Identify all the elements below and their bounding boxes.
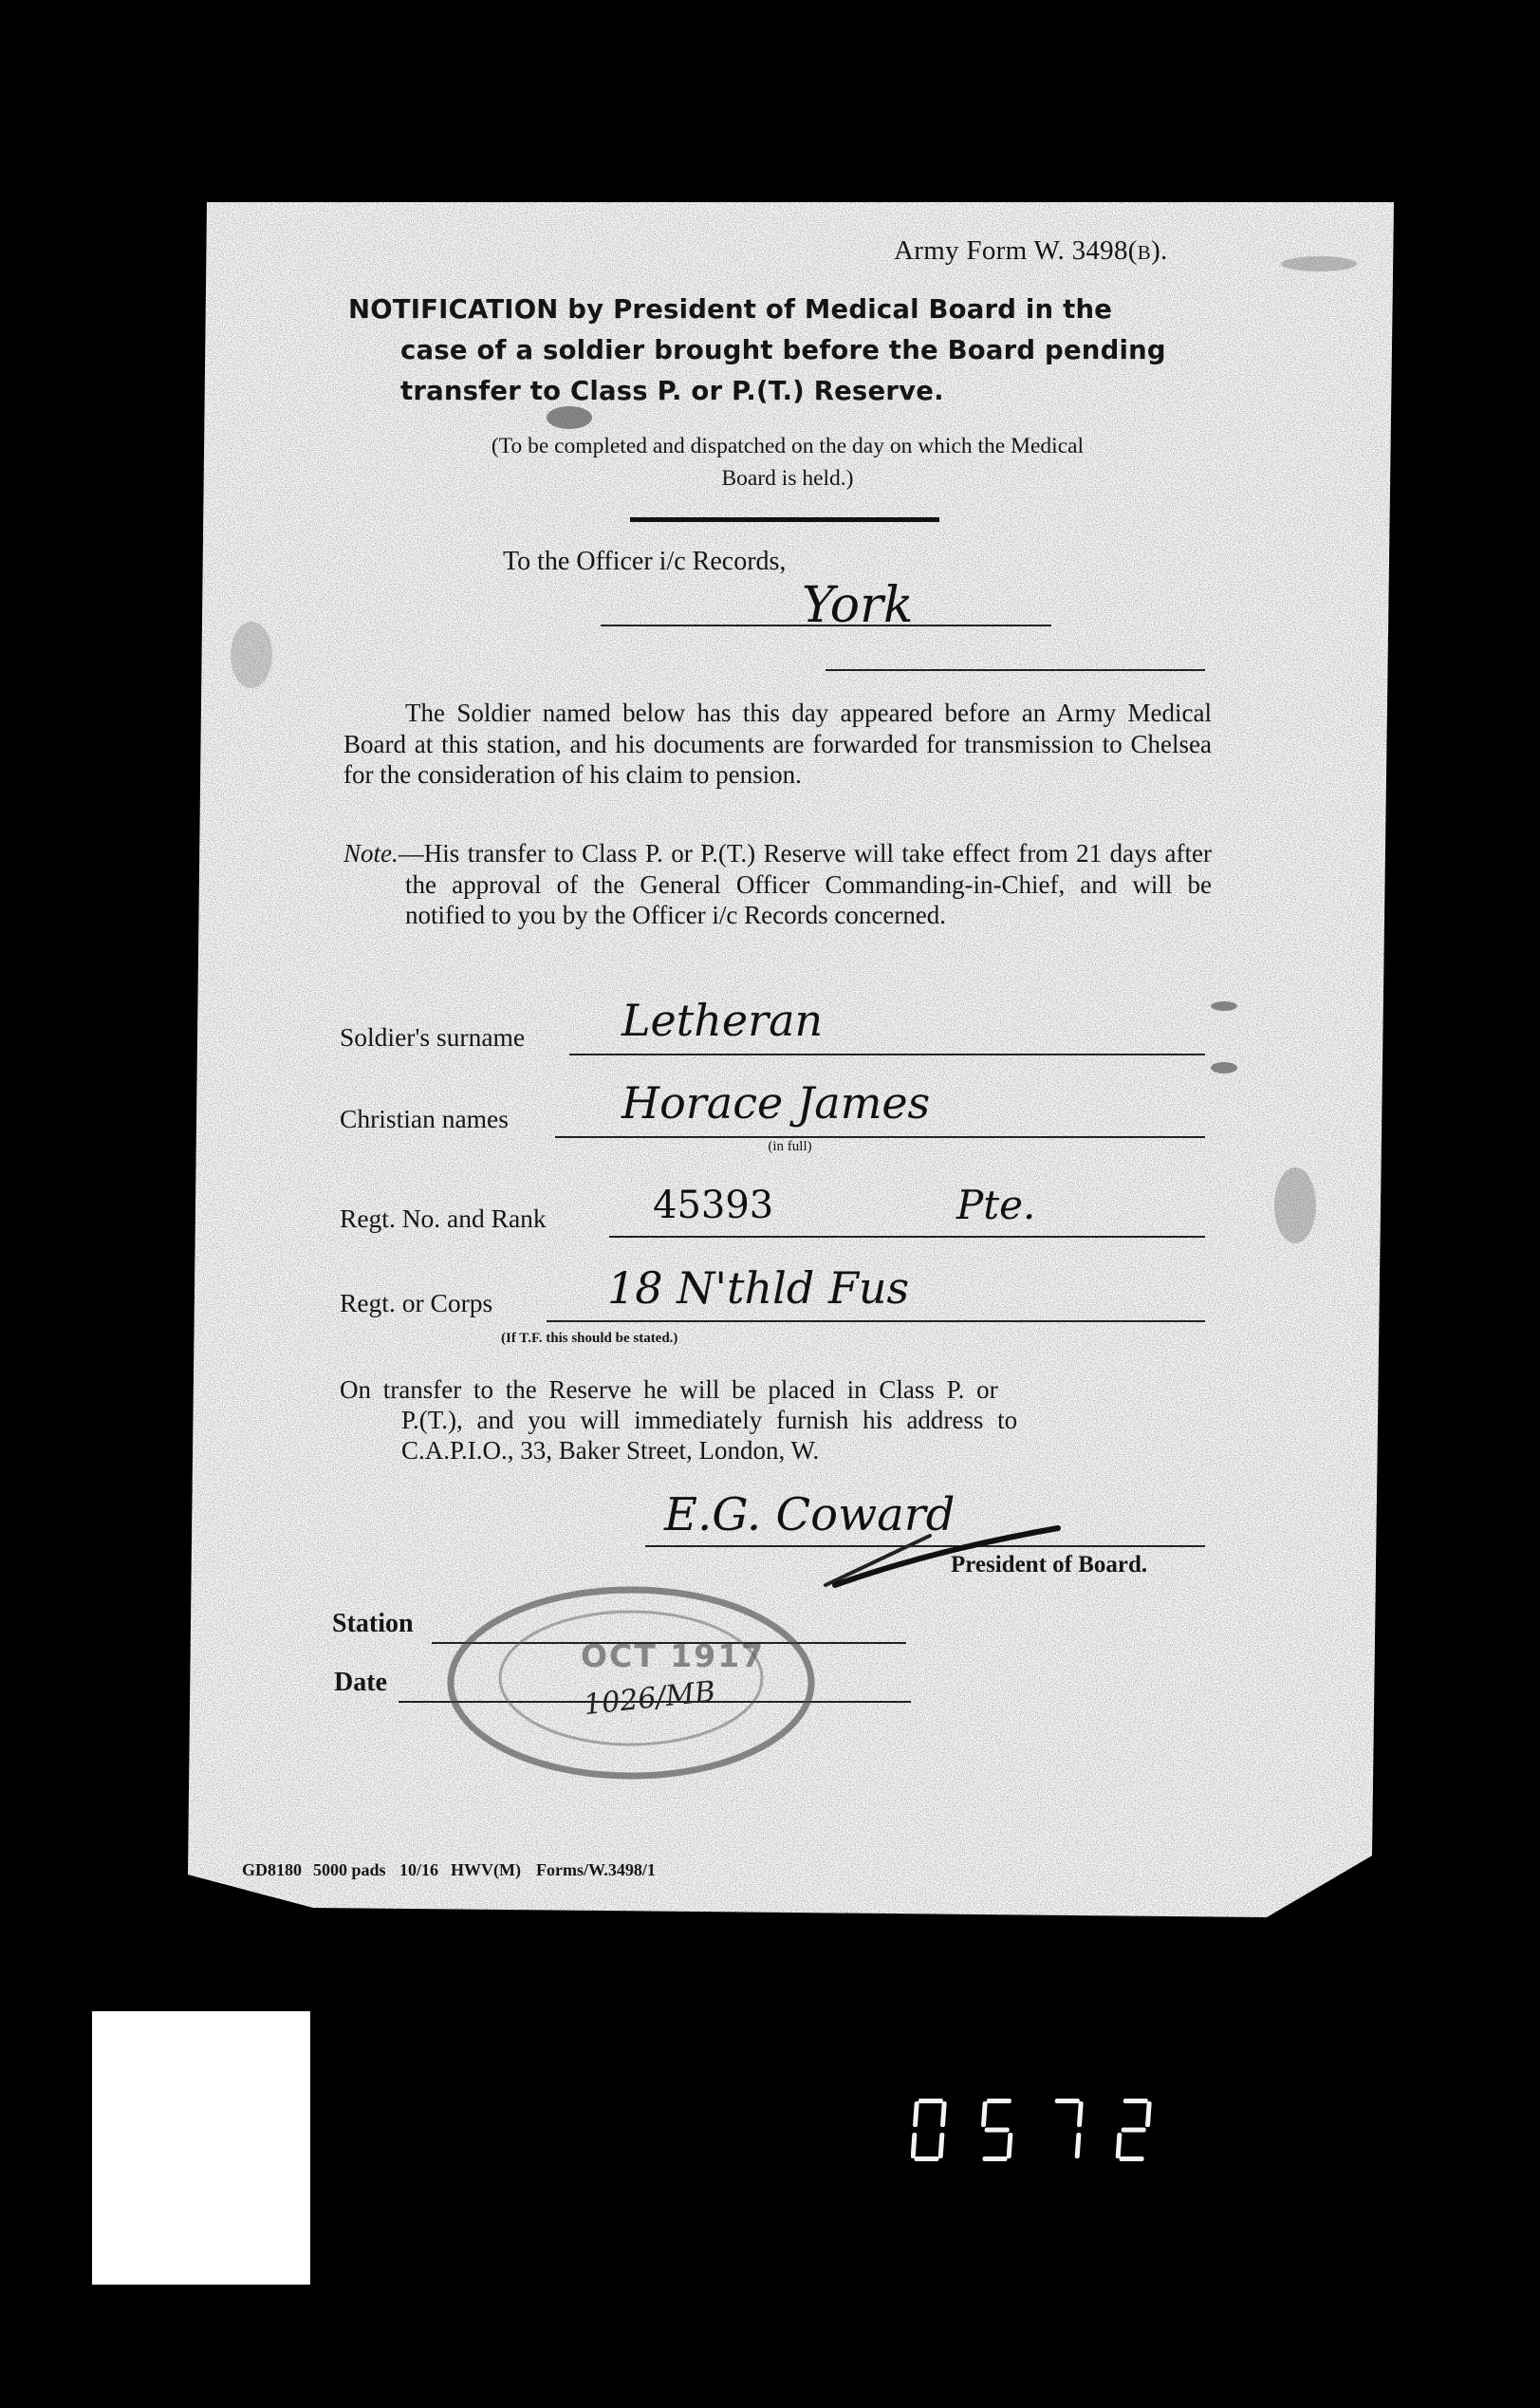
regt-corps-value: 18 N'thld Fus bbox=[607, 1262, 909, 1314]
regt-no-rank-label: Regt. No. and Rank bbox=[340, 1204, 547, 1234]
regt-corps-line bbox=[547, 1320, 1205, 1322]
dispatch-instructions: (To be completed and dispatched on the d… bbox=[389, 430, 1186, 495]
surname-label: Soldier's surname bbox=[340, 1022, 525, 1053]
addressee-handwritten: York bbox=[802, 577, 913, 634]
frame-counter bbox=[911, 2093, 1186, 2174]
surname-line bbox=[569, 1054, 1205, 1055]
tf-hint: (If T.F. this should be stated.) bbox=[501, 1331, 677, 1347]
note-paragraph: Note.—His transfer to Class P. or P.(T.)… bbox=[343, 838, 1212, 931]
station-label: Station bbox=[332, 1609, 414, 1639]
regt-corps-label: Regt. or Corps bbox=[340, 1288, 492, 1318]
in-full-hint: (in full) bbox=[754, 1139, 826, 1155]
rank-value: Pte. bbox=[956, 1182, 1035, 1228]
addressee-line-2 bbox=[826, 669, 1205, 671]
regt-number-value: 45393 bbox=[653, 1184, 773, 1227]
christian-names-line bbox=[555, 1136, 1205, 1138]
print-forms-ref: Forms/W.3498/1 bbox=[536, 1860, 656, 1880]
date-label: Date bbox=[334, 1668, 387, 1698]
surname-value: Letheran bbox=[622, 995, 823, 1046]
transfer-paragraph: On transfer to the Reserve he will be pl… bbox=[340, 1374, 1208, 1465]
print-date: 10/16 bbox=[399, 1860, 438, 1880]
print-printer: HWV(M) bbox=[451, 1860, 521, 1880]
christian-names-label: Christian names bbox=[340, 1104, 509, 1134]
note-label: Note. bbox=[343, 839, 399, 868]
print-quantity: 5000 pads bbox=[313, 1860, 386, 1880]
army-form-number: Army Form W. 3498(B). bbox=[894, 235, 1168, 267]
regt-no-rank-line bbox=[609, 1236, 1205, 1238]
form-title: NOTIFICATION by President of Medical Boa… bbox=[348, 289, 1231, 412]
body-paragraph: The Soldier named below has this day app… bbox=[343, 698, 1212, 791]
stamp-date: OCT 1917 bbox=[581, 1637, 765, 1674]
print-code: GD8180 bbox=[242, 1860, 302, 1880]
title-divider bbox=[630, 517, 939, 522]
blank-target-card bbox=[92, 2011, 310, 2285]
christian-names-value: Horace James bbox=[622, 1077, 930, 1129]
addressee-label: To the Officer i/c Records, bbox=[503, 547, 786, 577]
president-label: President of Board. bbox=[951, 1552, 1147, 1578]
